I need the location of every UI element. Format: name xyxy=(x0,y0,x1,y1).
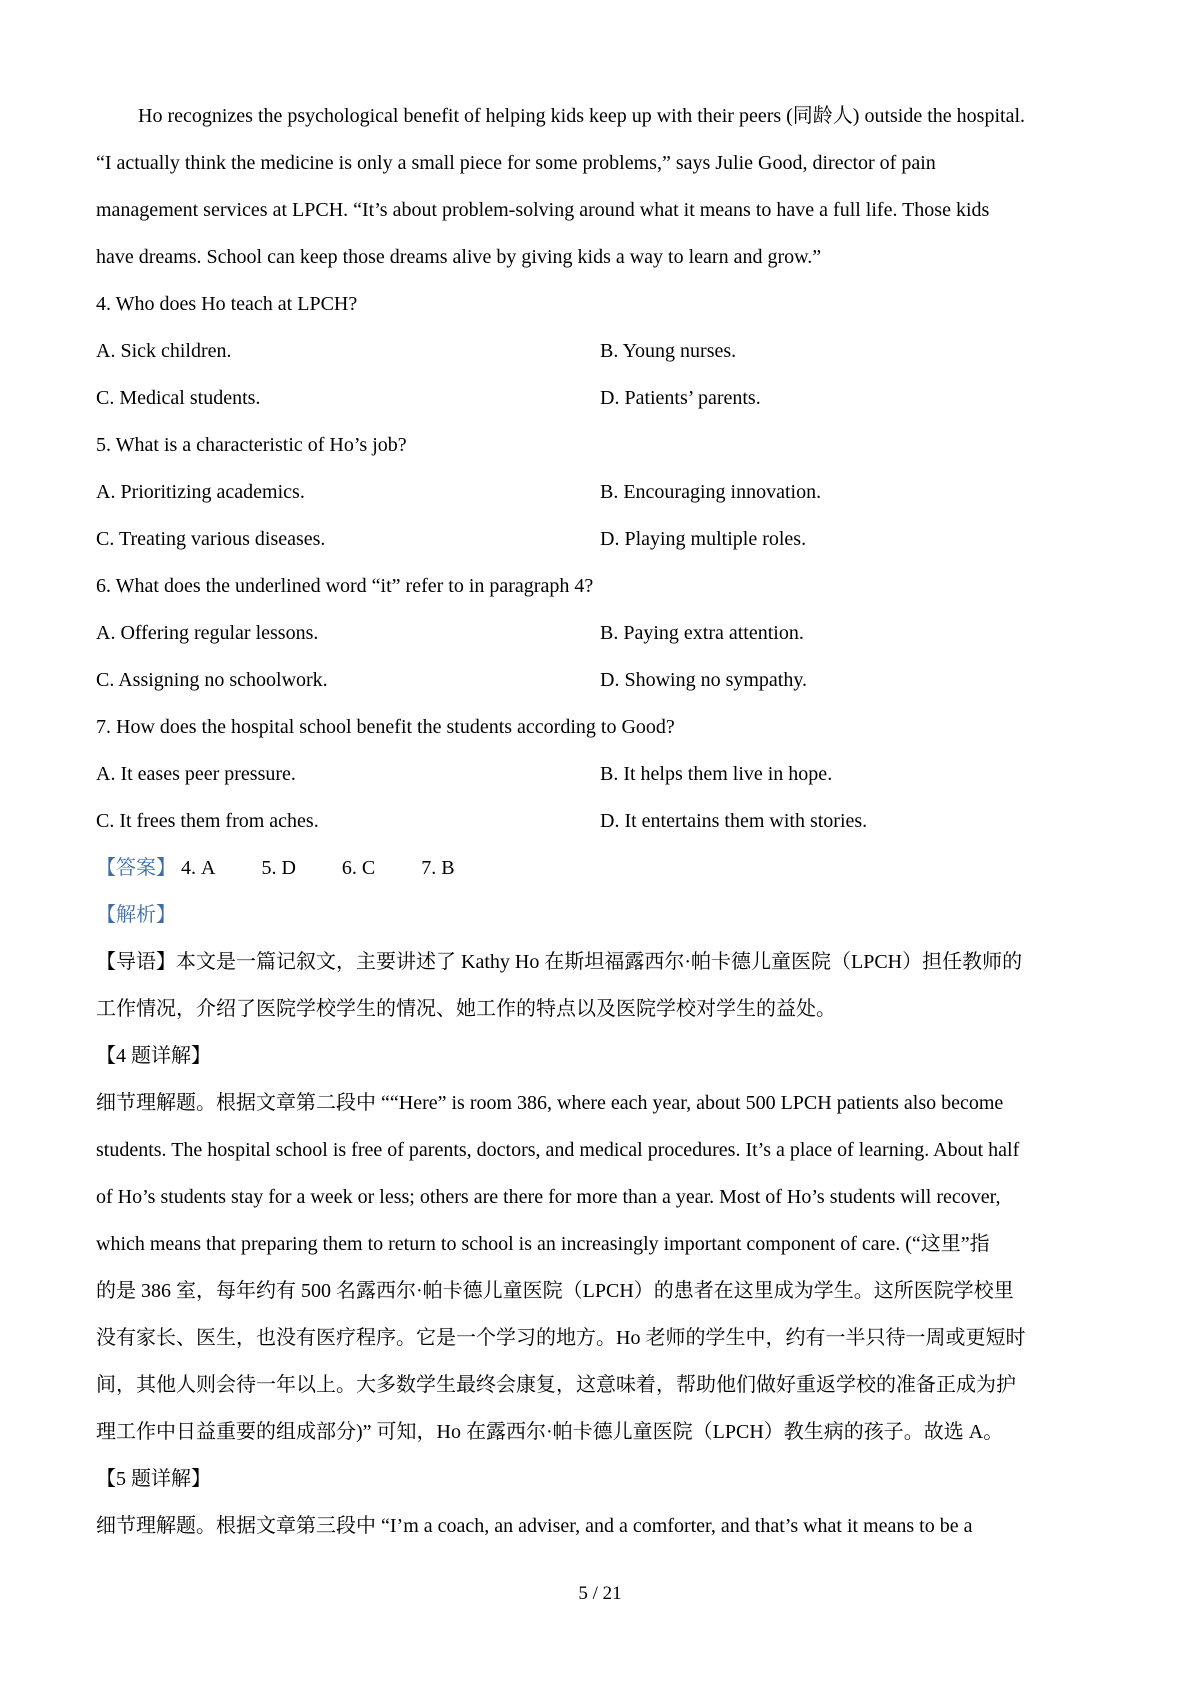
answer-item-5: 5. D xyxy=(261,857,295,879)
passage-line: have dreams. School can keep those dream… xyxy=(96,234,1106,281)
passage-line: management services at LPCH. “It’s about… xyxy=(96,187,1106,234)
explanation-4-line: 理工作中日益重要的组成部分)” 可知，Ho 在露西尔·帕卡德儿童医院（LPCH）… xyxy=(96,1409,1106,1456)
question-6-options-ab: A. Offering regular lessons. B. Paying e… xyxy=(96,610,1106,657)
answer-key-label: 【答案】 xyxy=(96,857,176,879)
question-7-options-ab: A. It eases peer pressure. B. It helps t… xyxy=(96,751,1106,798)
explanation-4-line: 没有家长、医生，也没有医疗程序。它是一个学习的地方。Ho 老师的学生中，约有一半… xyxy=(96,1315,1106,1362)
question-4-option-d: D. Patients’ parents. xyxy=(600,375,1106,422)
intro-line: 【导语】本文是一篇记叙文，主要讲述了 Kathy Ho 在斯坦福露西尔·帕卡德儿… xyxy=(96,939,1106,986)
explanation-4-line: 间，其他人则会待一年以上。大多数学生最终会康复，这意味着，帮助他们做好重返学校的… xyxy=(96,1362,1106,1409)
explanation-4-line: 细节理解题。根据文章第二段中 ““Here” is room 386, wher… xyxy=(96,1080,1106,1127)
question-5-options-cd: C. Treating various diseases. D. Playing… xyxy=(96,516,1106,563)
analysis-label: 【解析】 xyxy=(96,904,176,926)
question-6-option-d: D. Showing no sympathy. xyxy=(600,657,1106,704)
intro-line: 工作情况，介绍了医院学校学生的情况、她工作的特点以及医院学校对学生的益处。 xyxy=(96,986,1106,1033)
question-6-option-c: C. Assigning no schoolwork. xyxy=(96,657,600,704)
question-5-option-a: A. Prioritizing academics. xyxy=(96,469,600,516)
question-5-options-ab: A. Prioritizing academics. B. Encouragin… xyxy=(96,469,1106,516)
explanation-4-heading: 【4 题详解】 xyxy=(96,1033,1106,1080)
explanation-4-line: 的是 386 室，每年约有 500 名露西尔·帕卡德儿童医院（LPCH）的患者在… xyxy=(96,1268,1106,1315)
explanation-5-heading: 【5 题详解】 xyxy=(96,1456,1106,1503)
question-4-stem: 4. Who does Ho teach at LPCH? xyxy=(96,281,1106,328)
explanation-5-line: 细节理解题。根据文章第三段中 “I’m a coach, an adviser,… xyxy=(96,1503,1106,1550)
passage-line: “I actually think the medicine is only a… xyxy=(96,140,1106,187)
explanation-4-line: of Ho’s students stay for a week or less… xyxy=(96,1174,1106,1221)
question-7-options-cd: C. It frees them from aches. D. It enter… xyxy=(96,798,1106,845)
answer-item-6: 6. C xyxy=(342,857,375,879)
answer-item-4: 4. A xyxy=(181,857,215,879)
question-5-option-b: B. Encouraging innovation. xyxy=(600,469,1106,516)
question-4-options-cd: C. Medical students. D. Patients’ parent… xyxy=(96,375,1106,422)
passage-line: Ho recognizes the psychological benefit … xyxy=(96,93,1106,140)
question-5-option-c: C. Treating various diseases. xyxy=(96,516,600,563)
page-number: 5 / 21 xyxy=(0,1570,1200,1617)
question-4-option-a: A. Sick children. xyxy=(96,328,600,375)
question-7-option-a: A. It eases peer pressure. xyxy=(96,751,600,798)
question-5-stem: 5. What is a characteristic of Ho’s job? xyxy=(96,422,1106,469)
question-6-stem: 6. What does the underlined word “it” re… xyxy=(96,563,1106,610)
analysis-line: 【解析】 xyxy=(96,892,1106,939)
question-7-stem: 7. How does the hospital school benefit … xyxy=(96,704,1106,751)
question-5-option-d: D. Playing multiple roles. xyxy=(600,516,1106,563)
explanation-4-line: students. The hospital school is free of… xyxy=(96,1127,1106,1174)
question-6-options-cd: C. Assigning no schoolwork. D. Showing n… xyxy=(96,657,1106,704)
page-content: Ho recognizes the psychological benefit … xyxy=(96,93,1106,1550)
question-4-option-b: B. Young nurses. xyxy=(600,328,1106,375)
exam-answer-page: Ho recognizes the psychological benefit … xyxy=(0,0,1200,1697)
explanation-4-line: which means that preparing them to retur… xyxy=(96,1221,1106,1268)
question-4-option-c: C. Medical students. xyxy=(96,375,600,422)
question-7-option-c: C. It frees them from aches. xyxy=(96,798,600,845)
answer-key-line: 【答案】4. A5. D6. C7. B xyxy=(96,845,1106,892)
answer-item-7: 7. B xyxy=(421,857,454,879)
question-7-option-d: D. It entertains them with stories. xyxy=(600,798,1106,845)
question-6-option-b: B. Paying extra attention. xyxy=(600,610,1106,657)
question-7-option-b: B. It helps them live in hope. xyxy=(600,751,1106,798)
question-4-options-ab: A. Sick children. B. Young nurses. xyxy=(96,328,1106,375)
question-6-option-a: A. Offering regular lessons. xyxy=(96,610,600,657)
